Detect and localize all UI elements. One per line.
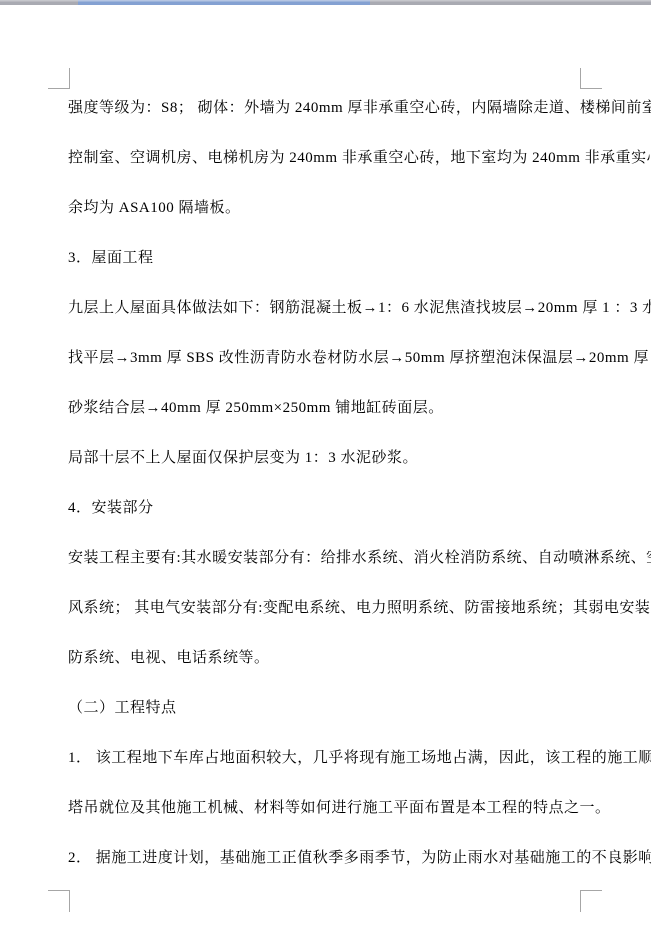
text-line[interactable]: 控制室、空调机房、电梯机房为 240mm 非承重空心砖，地下室均为 240mm … xyxy=(68,133,596,183)
text-line[interactable]: 九层上人屋面具体做法如下：钢筋混凝土板→1：6 水泥焦渣找坡层→20mm 厚 1… xyxy=(68,283,596,333)
text-boundary-mark-top-left xyxy=(48,68,70,89)
text-line[interactable]: 防系统、电视、电话系统等。 xyxy=(68,633,596,683)
text-line[interactable]: 塔吊就位及其他施工机械、材料等如何进行施工平面布置是本工程的特点之一。 xyxy=(68,783,596,833)
text-line[interactable]: 安装工程主要有:其水暖安装部分有：给排水系统、消火栓消防系统、自动喷淋系统、空调… xyxy=(68,533,596,583)
text-line[interactable]: 2． 据施工进度计划，基础施工正值秋季多雨季节，为防止雨水对基础施工的不良影响，… xyxy=(68,833,596,883)
text-line[interactable]: （二）工程特点 xyxy=(68,683,596,733)
document-text-block: 强度等级为：S8； 砌体：外墙为 240mm 厚非承重空心砖，内隔墙除走道、楼梯… xyxy=(68,83,596,883)
text-line[interactable]: 1． 该工程地下车库占地面积较大，几乎将现有施工场地占满，因此，该工程的施工顺序… xyxy=(68,733,596,783)
text-line[interactable]: 砂浆结合层→40mm 厚 250mm×250mm 铺地缸砖面层。 xyxy=(68,383,596,433)
text-line[interactable]: 3．屋面工程 xyxy=(68,233,596,283)
text-line[interactable]: 局部十层不上人屋面仅保护层变为 1：3 水泥砂浆。 xyxy=(68,433,596,483)
text-line[interactable]: 余均为 ASA100 隔墙板。 xyxy=(68,183,596,233)
text-boundary-mark-bottom-right xyxy=(580,890,602,912)
text-boundary-mark-bottom-left xyxy=(48,890,70,912)
document-page[interactable]: 强度等级为：S8； 砌体：外墙为 240mm 厚非承重空心砖，内隔墙除走道、楼梯… xyxy=(0,5,651,934)
text-line[interactable]: 强度等级为：S8； 砌体：外墙为 240mm 厚非承重空心砖，内隔墙除走道、楼梯… xyxy=(68,83,596,133)
text-line[interactable]: 风系统； 其电气安装部分有:变配电系统、电力照明系统、防雷接地系统；其弱电安装有… xyxy=(68,583,596,633)
text-line[interactable]: 4．安装部分 xyxy=(68,483,596,533)
text-line[interactable]: 找平层→3mm 厚 SBS 改性沥青防水卷材防水层→50mm 厚挤塑泡沫保温层→… xyxy=(68,333,596,383)
